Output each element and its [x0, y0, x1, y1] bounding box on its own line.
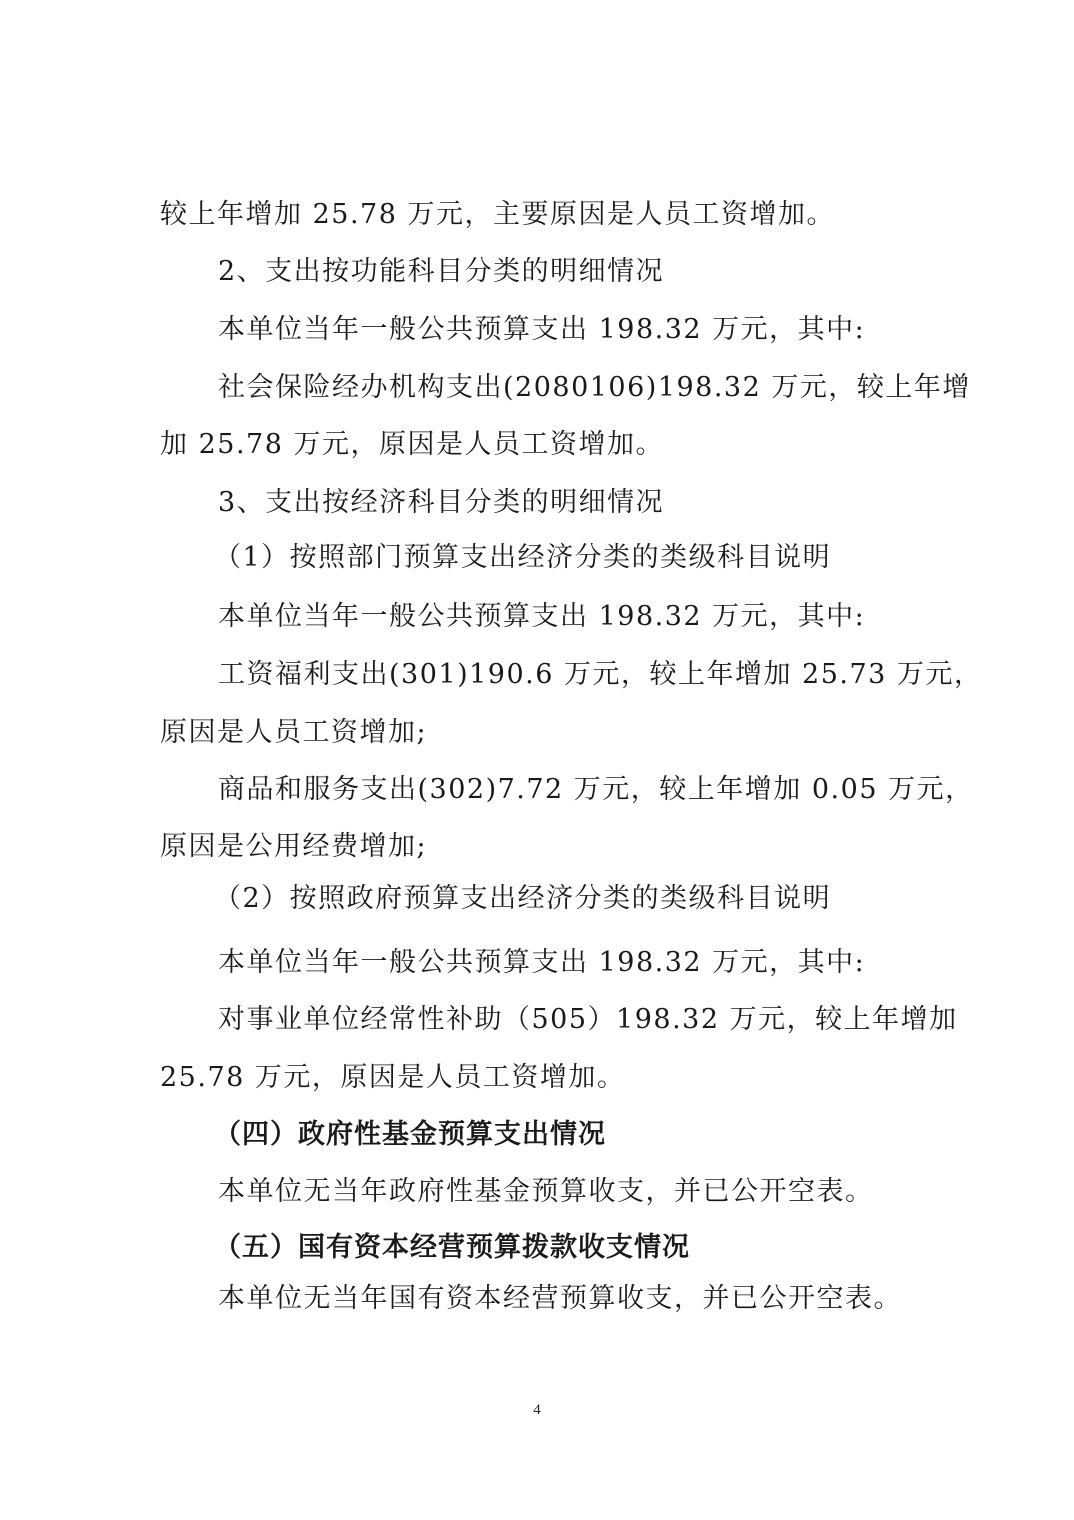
paragraph-line: 本单位当年一般公共预算支出 198.32 万元，其中: [218, 946, 865, 980]
subsection-title: 2、支出按功能科目分类的明细情况 [218, 255, 664, 289]
paragraph-line: 商品和服务支出(302)7.72 万元，较上年增加 0.05 万元， [218, 773, 974, 807]
subsection-title: （2）按照政府预算支出经济分类的类级科目说明 [214, 882, 831, 916]
paragraph-line: 本单位无当年政府性基金预算收支，并已公开空表。 [218, 1175, 874, 1209]
paragraph-line: 原因是公用经费增加; [160, 830, 427, 864]
page-number: 4 [0, 1402, 1074, 1419]
paragraph-line: 25.78 万元，原因是人员工资增加。 [160, 1061, 625, 1095]
paragraph-line: 社会保险经办机构支出(2080106)198.32 万元，较上年增 [218, 371, 971, 405]
section-heading: （四）政府性基金预算支出情况 [214, 1118, 606, 1152]
subsection-title: 3、支出按经济科目分类的明细情况 [218, 486, 664, 520]
paragraph-line: 较上年增加 25.78 万元，主要原因是人员工资增加。 [160, 198, 835, 232]
section-heading: （五）国有资本经营预算拨款收支情况 [214, 1231, 690, 1265]
paragraph-line: 本单位当年一般公共预算支出 198.32 万元，其中: [218, 313, 865, 347]
document-page: 较上年增加 25.78 万元，主要原因是人员工资增加。 2、支出按功能科目分类的… [0, 0, 1074, 1520]
paragraph-line: 工资福利支出(301)190.6 万元，较上年增加 25.73 万元， [218, 658, 982, 692]
paragraph-line: 原因是人员工资增加; [160, 716, 427, 750]
paragraph-line: 对事业单位经常性补助（505）198.32 万元，较上年增加 [218, 1003, 958, 1037]
paragraph-line: 本单位无当年国有资本经营预算收支，并已公开空表。 [218, 1282, 902, 1316]
paragraph-line: 本单位当年一般公共预算支出 198.32 万元，其中: [218, 600, 865, 634]
subsection-title: （1）按照部门预算支出经济分类的类级科目说明 [214, 541, 831, 575]
paragraph-line: 加 25.78 万元，原因是人员工资增加。 [160, 428, 664, 462]
